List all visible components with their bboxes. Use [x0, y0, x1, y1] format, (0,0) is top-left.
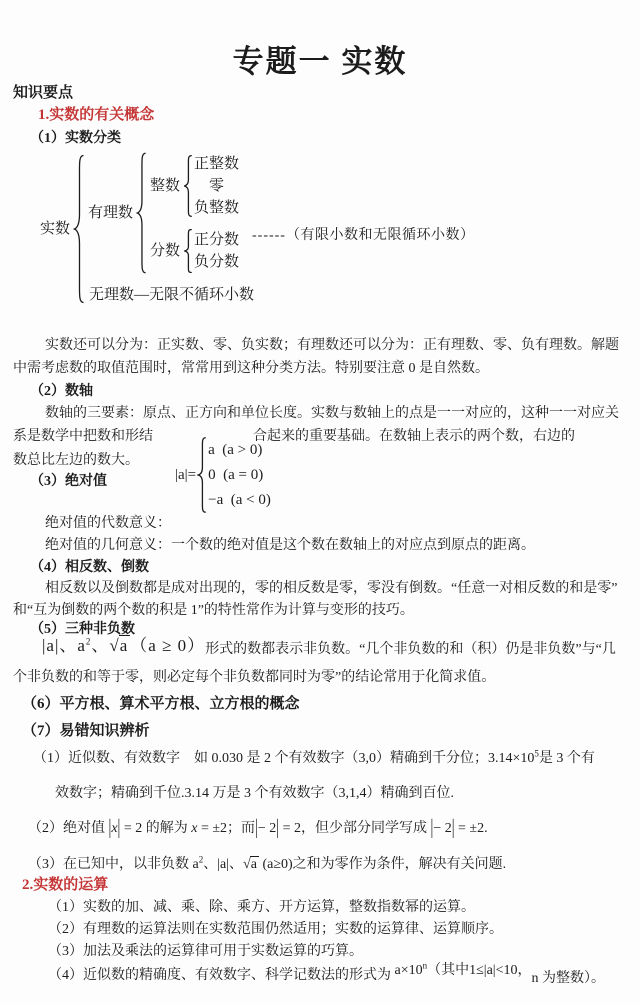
document-page: 专题一 实数 知识要点 1.实数的有关概念 （1）实数分类 实数 有理数 整数 …: [0, 0, 640, 1005]
abs-geometric-meaning: 绝对值的几何意义：一个数的绝对值是这个数在数轴上的对应点到原点的距离。: [45, 534, 535, 554]
mistake-item-1-line: 效数字；精确到千位.3.14 万是 3 个有效数字（3,1,4）精确到百位.: [55, 782, 454, 802]
mistake-item-2-line: （2）绝对值 |x| = 2 的解为 x = ±2；而|− 2| = 2，但少部…: [28, 817, 488, 837]
operations-item: （1）实数的加、减、乘、除、乘方、开方运算，整数指数幂的运算。: [48, 896, 475, 916]
scientific-notation: a×10n（其中1≤|a|<10，: [395, 963, 532, 978]
brace-large: [73, 154, 85, 304]
abs-formula-lhs: |a|=: [175, 467, 196, 484]
operations-item: （4）近似数的精确度、有效数字、科学记数法的形式为 a×10n（其中1≤|a|<…: [48, 964, 605, 984]
mistake-2-text: = ±2.: [455, 821, 488, 836]
diagram-dashes: ------: [252, 228, 286, 243]
mistake-1-text: 是 3 个有: [539, 751, 595, 766]
nonnegative-paragraph-line: 个非负数的和等于零，则必定每个非负数都同时为零”的结论常用于化简求值。: [13, 666, 495, 686]
knowledge-points-header: 知识要点: [13, 81, 73, 102]
abs-a-term: |a|、a: [42, 636, 86, 655]
nonneg-math: |a|、a2、√a（a ≥ 0）: [42, 636, 205, 655]
diagram-zero: 零: [209, 175, 224, 197]
abs-case-negative: −a (a < 0): [208, 488, 271, 513]
abs-case-positive: a (a > 0): [208, 438, 271, 463]
nonneg-condition: （a ≥ 0）: [130, 636, 205, 655]
diagram-note-text: （有限小数和无限循环小数）: [286, 228, 475, 243]
diagram-negative-integer: 负整数: [194, 197, 239, 219]
brace-small: [183, 229, 193, 273]
subsection-7-heading: （7）易错知识辨析: [22, 719, 150, 740]
abs-algebraic-meaning: 绝对值的代数意义：: [45, 512, 171, 532]
nonnegative-formula-line: |a|、a2、√a（a ≥ 0）形式的数都表示非负数。“几个非负数的和（积）仍是…: [42, 631, 616, 656]
axis-paragraph-line: 数轴的三要素：原点、正方向和单位长度。实数与数轴上的点是一一对应的，这种一一对应…: [45, 402, 619, 422]
real-number-classification-diagram: 实数 有理数 整数 正整数 零 负整数: [38, 152, 254, 306]
opposite-paragraph-line: 相反数以及倒数都是成对出现的，零的相反数是零，零没有倒数。“任意一对相反数的和是…: [45, 577, 617, 597]
separator: 、: [91, 636, 109, 655]
axis-line-left: 系是数学中把数和形结: [13, 429, 153, 444]
brace-formula: [197, 437, 207, 513]
diagram-negative-fraction: 负分数: [194, 251, 239, 273]
mistake-1-text: （1）近似数、有效数字 如 0.030 是 2 个有效数字（3,0）精确到千分位…: [33, 751, 534, 766]
diagram-positive-integer: 正整数: [194, 153, 239, 175]
operations-4-text: （4）近似数的精确度、有效数字、科学记数法的形式为: [48, 968, 395, 983]
subsection-3-heading: （3）绝对值: [30, 470, 107, 490]
mistake-3-text: (a≥0)之和为零作为条件，解决有关问题.: [259, 857, 506, 872]
subsection-1-heading: （1）实数分类: [30, 127, 121, 147]
absolute-value-formula: |a|= a (a > 0) 0 (a = 0) −a (a < 0): [175, 437, 271, 513]
opposite-paragraph-line: 和“互为倒数的两个数的积是 1”的特性常作为计算与变形的技巧。: [13, 599, 414, 619]
mistake-item-1-line: （1）近似数、有效数字 如 0.030 是 2 个有效数字（3,0）精确到千分位…: [33, 747, 595, 767]
radicand-a: a: [119, 635, 131, 655]
nonneg-text: 形式的数都表示非负数。“几个非负数的和（积）仍是非负数”与“几: [205, 642, 616, 657]
classify-paragraph-line: 中需考虑数的取值范围时，常常用到这种分类方法。特别要注意 0 是自然数。: [13, 357, 489, 377]
subsection-6-heading: （6）平方根、算术平方根、立方根的概念: [22, 692, 300, 713]
mistake-item-3-line: （3）在已知中，以非负数 a2、|a|、√a (a≥0)之和为零作为条件，解决有…: [28, 853, 506, 873]
mistake-2-text: = 2 的解为: [120, 821, 191, 836]
diagram-fraction-label: 分数: [150, 240, 180, 262]
negative-two: − 2: [258, 821, 276, 836]
mistake-3-text: 、|a|、: [203, 857, 243, 872]
mistake-2-text: = ±2；而: [197, 821, 255, 836]
mistake-3-text: （3）在已知中，以非负数 a: [28, 857, 199, 872]
abs-case-zero: 0 (a = 0): [208, 463, 271, 488]
section-2-heading: 2.实数的运算: [22, 873, 108, 894]
diagram-positive-fraction: 正分数: [194, 229, 239, 251]
section-1-heading: 1.实数的有关概念: [38, 103, 154, 124]
page-title: 专题一 实数: [0, 36, 640, 81]
subsection-4-heading: （4）相反数、倒数: [30, 556, 149, 576]
radicand-a: a: [250, 856, 259, 872]
diagram-integer-label: 整数: [150, 175, 180, 197]
n-integer-note: n 为整数）。: [532, 971, 606, 986]
negative-two: − 2: [433, 821, 451, 836]
diagram-root-label: 实数: [40, 218, 70, 240]
diagram-note: ------（有限小数和无限循环小数）: [252, 224, 474, 244]
subsection-2-heading: （2）数轴: [30, 380, 93, 400]
brace-medium: [136, 152, 147, 274]
mistake-2-text: = 2，但少部分同学写成: [279, 821, 430, 836]
classify-paragraph-line: 实数还可以分为：正实数、零、负实数；有理数还可以分为：正有理数、零、负有理数。解…: [45, 334, 619, 354]
condition-text: （其中1≤|a|<10，: [427, 963, 531, 978]
axis-paragraph-line: 系是数学中把数和形结合起来的重要基础。在数轴上表示的两个数，右边的: [13, 425, 575, 445]
diagram-rational-label: 有理数: [88, 202, 133, 224]
axis-line-right: 合起来的重要基础。在数轴上表示的两个数，右边的: [253, 429, 575, 444]
operations-item: （3）加法及乘法的运算律可用于实数运算的巧算。: [48, 940, 363, 960]
mistake-2-text: （2）绝对值: [28, 821, 109, 836]
axis-paragraph-line: 数总比左边的数大。: [13, 449, 139, 469]
brace-small: [183, 155, 193, 217]
a-times-ten: a×10: [395, 963, 423, 978]
diagram-irrational-label: 无理数—无限不循环小数: [89, 284, 254, 306]
operations-item: （2）有理数的运算法则在实数范围仍然适用；实数的运算律、运算顺序。: [48, 918, 503, 938]
